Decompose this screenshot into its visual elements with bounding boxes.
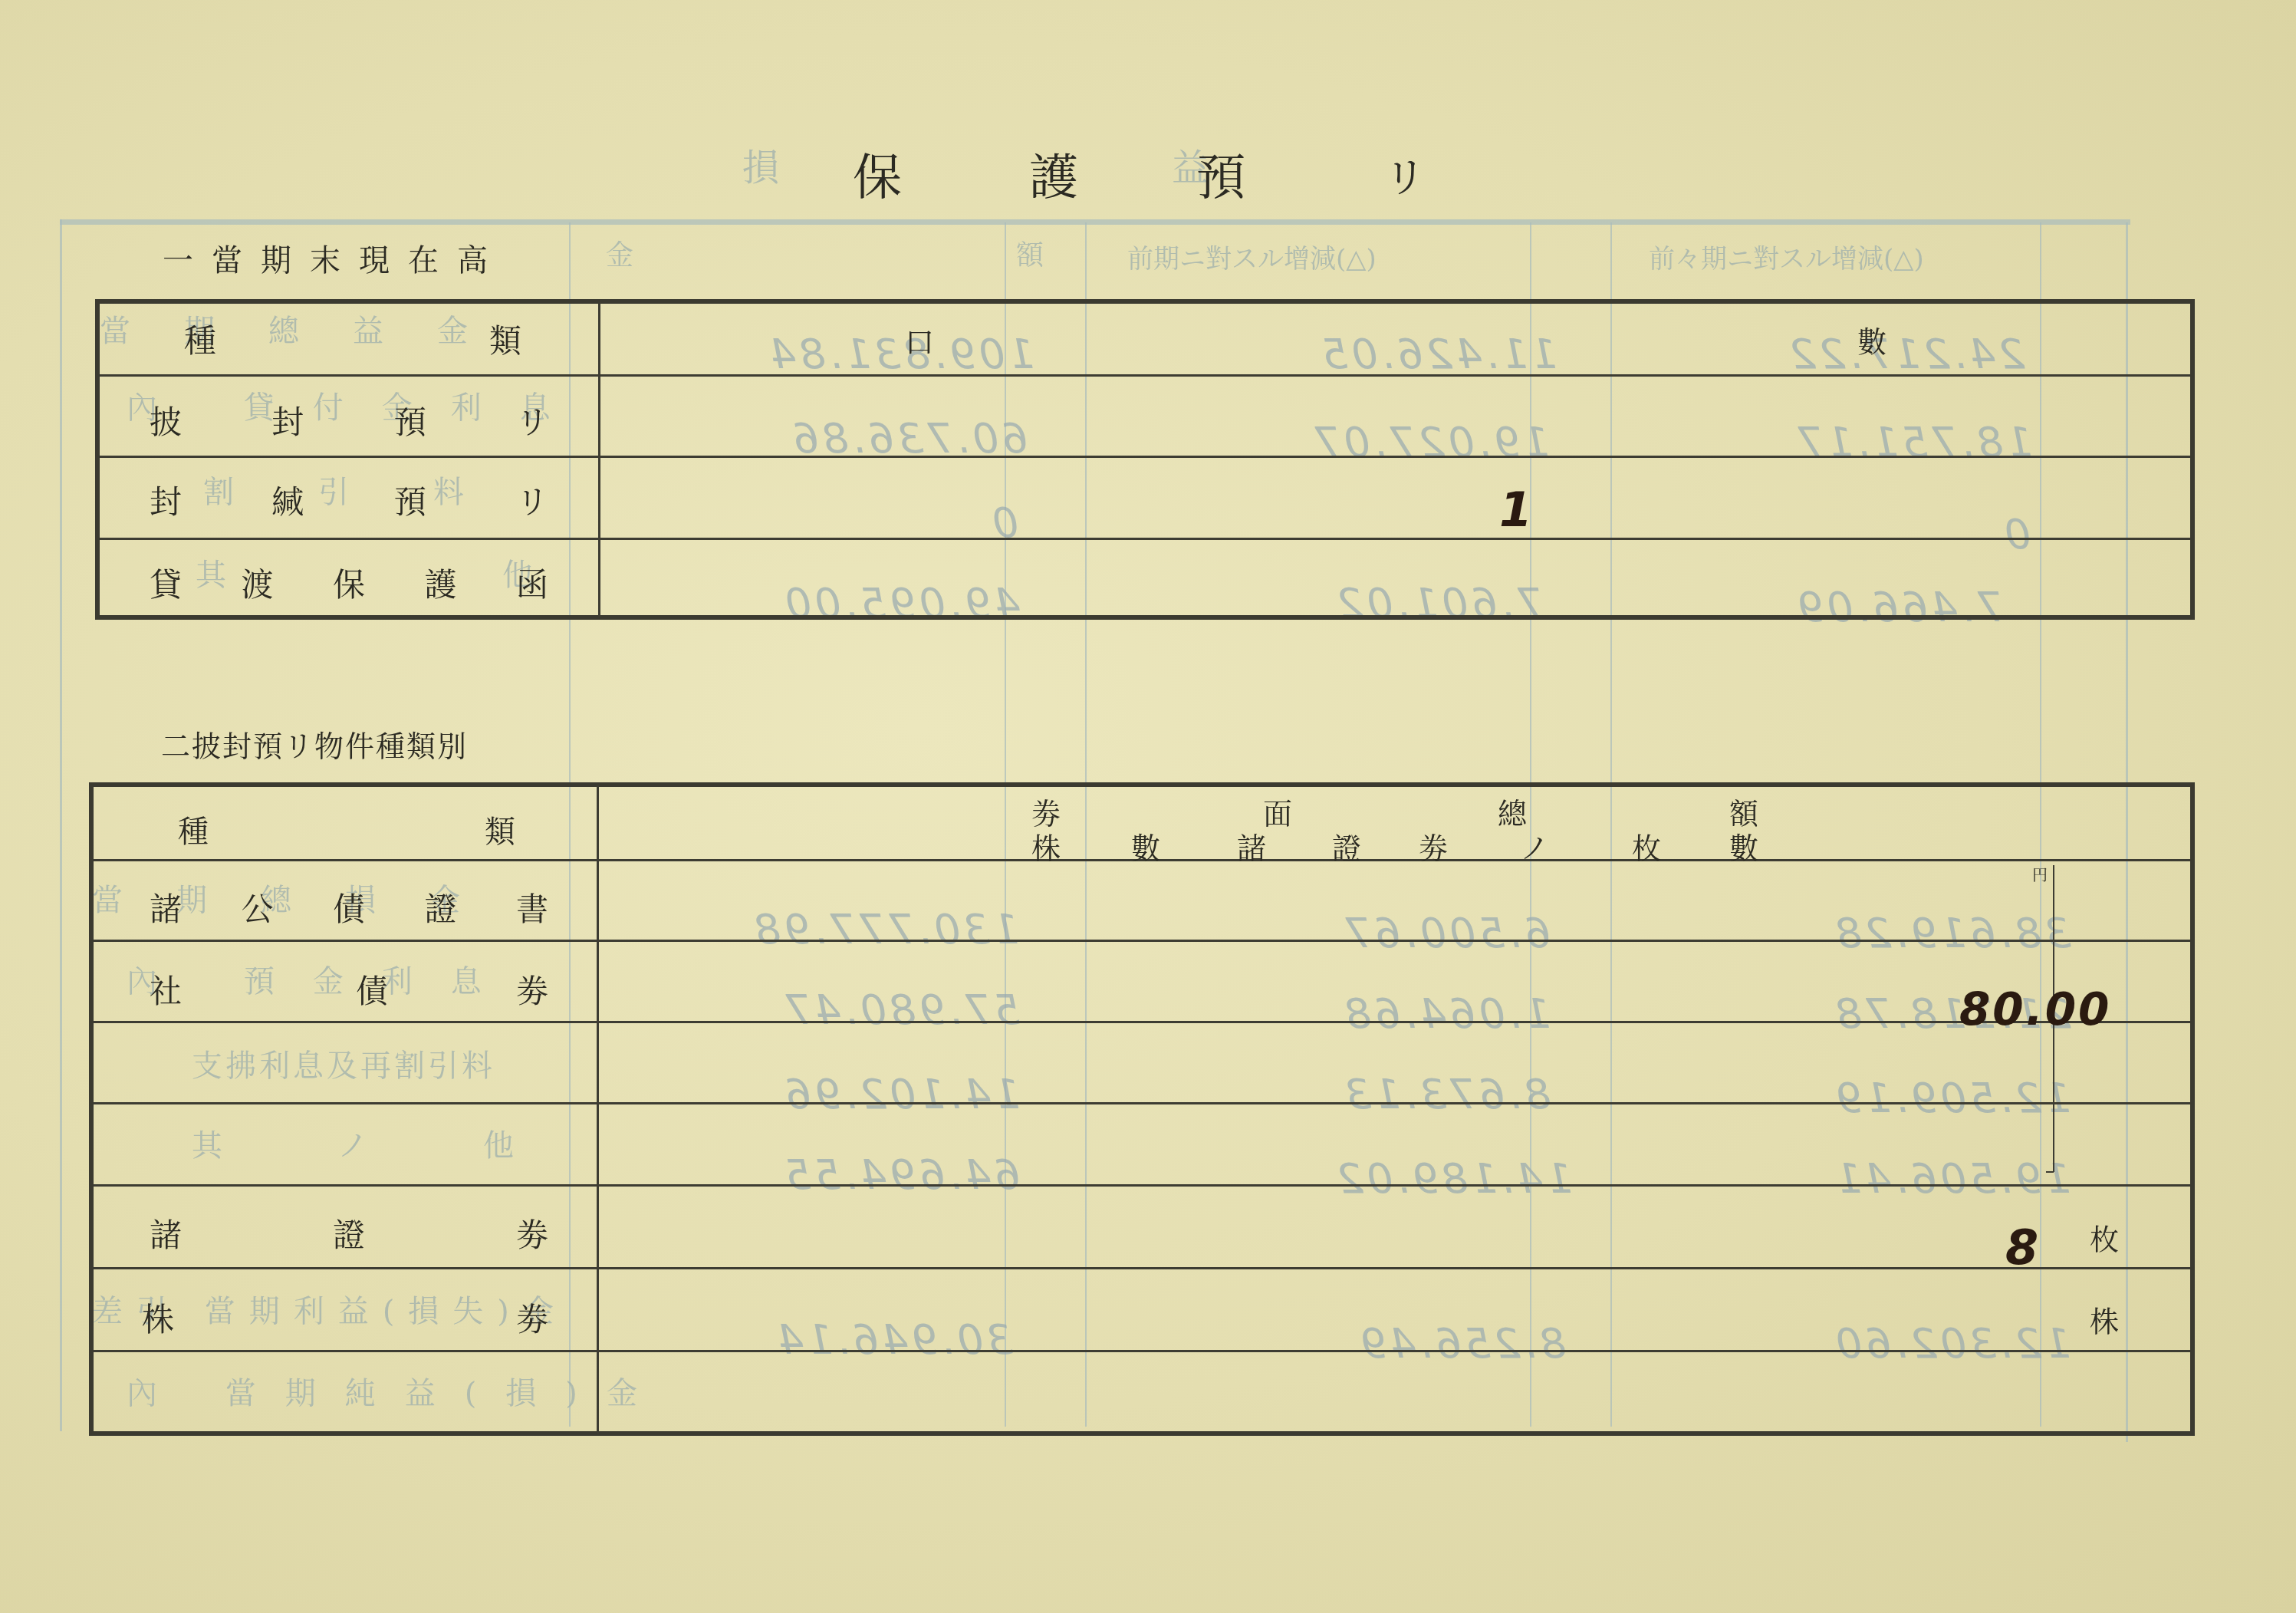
label-char: 書 xyxy=(516,884,548,930)
yen-column-bracket-foot xyxy=(2046,1171,2054,1173)
label-char: 緘 xyxy=(271,477,304,523)
section1-row-label: 披 封 預 リ xyxy=(150,397,548,443)
value-header-char: 證 xyxy=(1332,825,1361,867)
label-char: 債 xyxy=(333,884,365,930)
label-char: 公 xyxy=(241,884,273,930)
label-char: 社 xyxy=(150,966,182,1012)
title-char: 保 xyxy=(853,138,902,209)
value-header-char: 數 xyxy=(1729,825,1758,867)
label-char: 證 xyxy=(333,1210,365,1256)
row-divider xyxy=(100,538,2190,540)
label-char: 類 xyxy=(489,316,521,362)
unit-label-sheets: 枚 xyxy=(2090,1216,2119,1258)
label-char: 封 xyxy=(150,477,182,523)
value-header-char: 諸 xyxy=(1237,825,1266,867)
value-header-char: 面 xyxy=(1263,790,1292,832)
unit-label-shares: 株 xyxy=(2090,1298,2119,1340)
label-char: 株 xyxy=(142,1295,174,1341)
label-char: 預 xyxy=(394,477,426,523)
section1-row-label: 封 緘 預 リ xyxy=(150,477,548,523)
label-char: リ xyxy=(516,397,548,443)
label-char: 債 xyxy=(356,966,388,1012)
section1-header-label: 種 類 xyxy=(184,316,521,362)
ghost-col-header: 前期ニ對スル增減(△) xyxy=(1127,238,1377,275)
label-char: 保 xyxy=(333,560,365,606)
ghost-col-header: 額 xyxy=(1016,234,1044,273)
label-char: 劵 xyxy=(516,966,548,1012)
section1-heading: 一當期末現在高 xyxy=(163,236,506,280)
value-header-char: 數 xyxy=(1131,825,1160,867)
row-divider xyxy=(94,1267,2190,1269)
label-char: 渡 xyxy=(241,560,273,606)
value-header-char: 數 xyxy=(1857,318,1886,360)
ghost-frame-top xyxy=(60,219,2130,225)
label-char: 預 xyxy=(394,397,426,443)
row-divider xyxy=(94,1350,2190,1352)
ghost-heading-char: 損 xyxy=(742,138,779,191)
column-divider xyxy=(597,785,599,1434)
label-char: 證 xyxy=(424,884,456,930)
value-header-char: ノ xyxy=(1520,825,1549,867)
row-divider xyxy=(100,456,2190,458)
value-header-char: 口 xyxy=(905,318,934,360)
yen-unit-label: 円 xyxy=(2032,863,2048,885)
title-char: 預 xyxy=(1196,138,1245,209)
ghost-col-header: 前々期ニ對スル增減(△) xyxy=(1649,238,1924,275)
label-char: 貸 xyxy=(150,560,182,606)
ghost-col-header: 金 xyxy=(606,234,633,273)
row-divider xyxy=(94,1184,2190,1187)
handwritten-value: 80.00 xyxy=(1959,983,2111,1035)
row-divider xyxy=(94,940,2190,942)
label-char: リ xyxy=(516,477,548,523)
label-char: 種 xyxy=(184,316,216,362)
row-divider xyxy=(94,1102,2190,1104)
section2-row-label: 株 劵 xyxy=(142,1295,548,1341)
label-char: 護 xyxy=(424,560,456,606)
value-header-char: 株 xyxy=(1031,825,1061,867)
title-char: リ xyxy=(1384,146,1426,205)
handwritten-value: 8 xyxy=(2005,1220,2038,1276)
row-divider xyxy=(94,1021,2190,1023)
label-char: 劵 xyxy=(516,1210,548,1256)
section2-row-label: 諸 證 劵 xyxy=(150,1210,548,1256)
section2-header-label: 種 類 xyxy=(178,808,515,851)
value-header-char: 劵 xyxy=(1419,825,1448,867)
ghost-frame-left xyxy=(60,219,62,1431)
section2-heading: 二披封預リ物件種類別 xyxy=(161,723,468,765)
section2-row-label: 社 債 劵 xyxy=(150,966,548,1012)
column-divider xyxy=(598,301,600,617)
label-char: 諸 xyxy=(150,1210,182,1256)
label-char: 披 xyxy=(150,397,182,443)
row-divider xyxy=(100,374,2190,377)
label-char: 函 xyxy=(516,560,548,606)
label-char: 封 xyxy=(271,397,304,443)
title-char: 護 xyxy=(1029,138,1078,209)
value-header-char: 枚 xyxy=(1632,825,1661,867)
handwritten-value: 1 xyxy=(1499,482,1532,538)
label-char: 種 xyxy=(178,808,209,851)
label-char: 諸 xyxy=(150,884,182,930)
section1-row-label: 貸 渡 保 護 函 xyxy=(150,560,548,606)
label-char: 劵 xyxy=(516,1295,548,1341)
label-char: 類 xyxy=(485,808,515,851)
section2-row-label: 諸 公 債 證 書 xyxy=(150,884,548,930)
